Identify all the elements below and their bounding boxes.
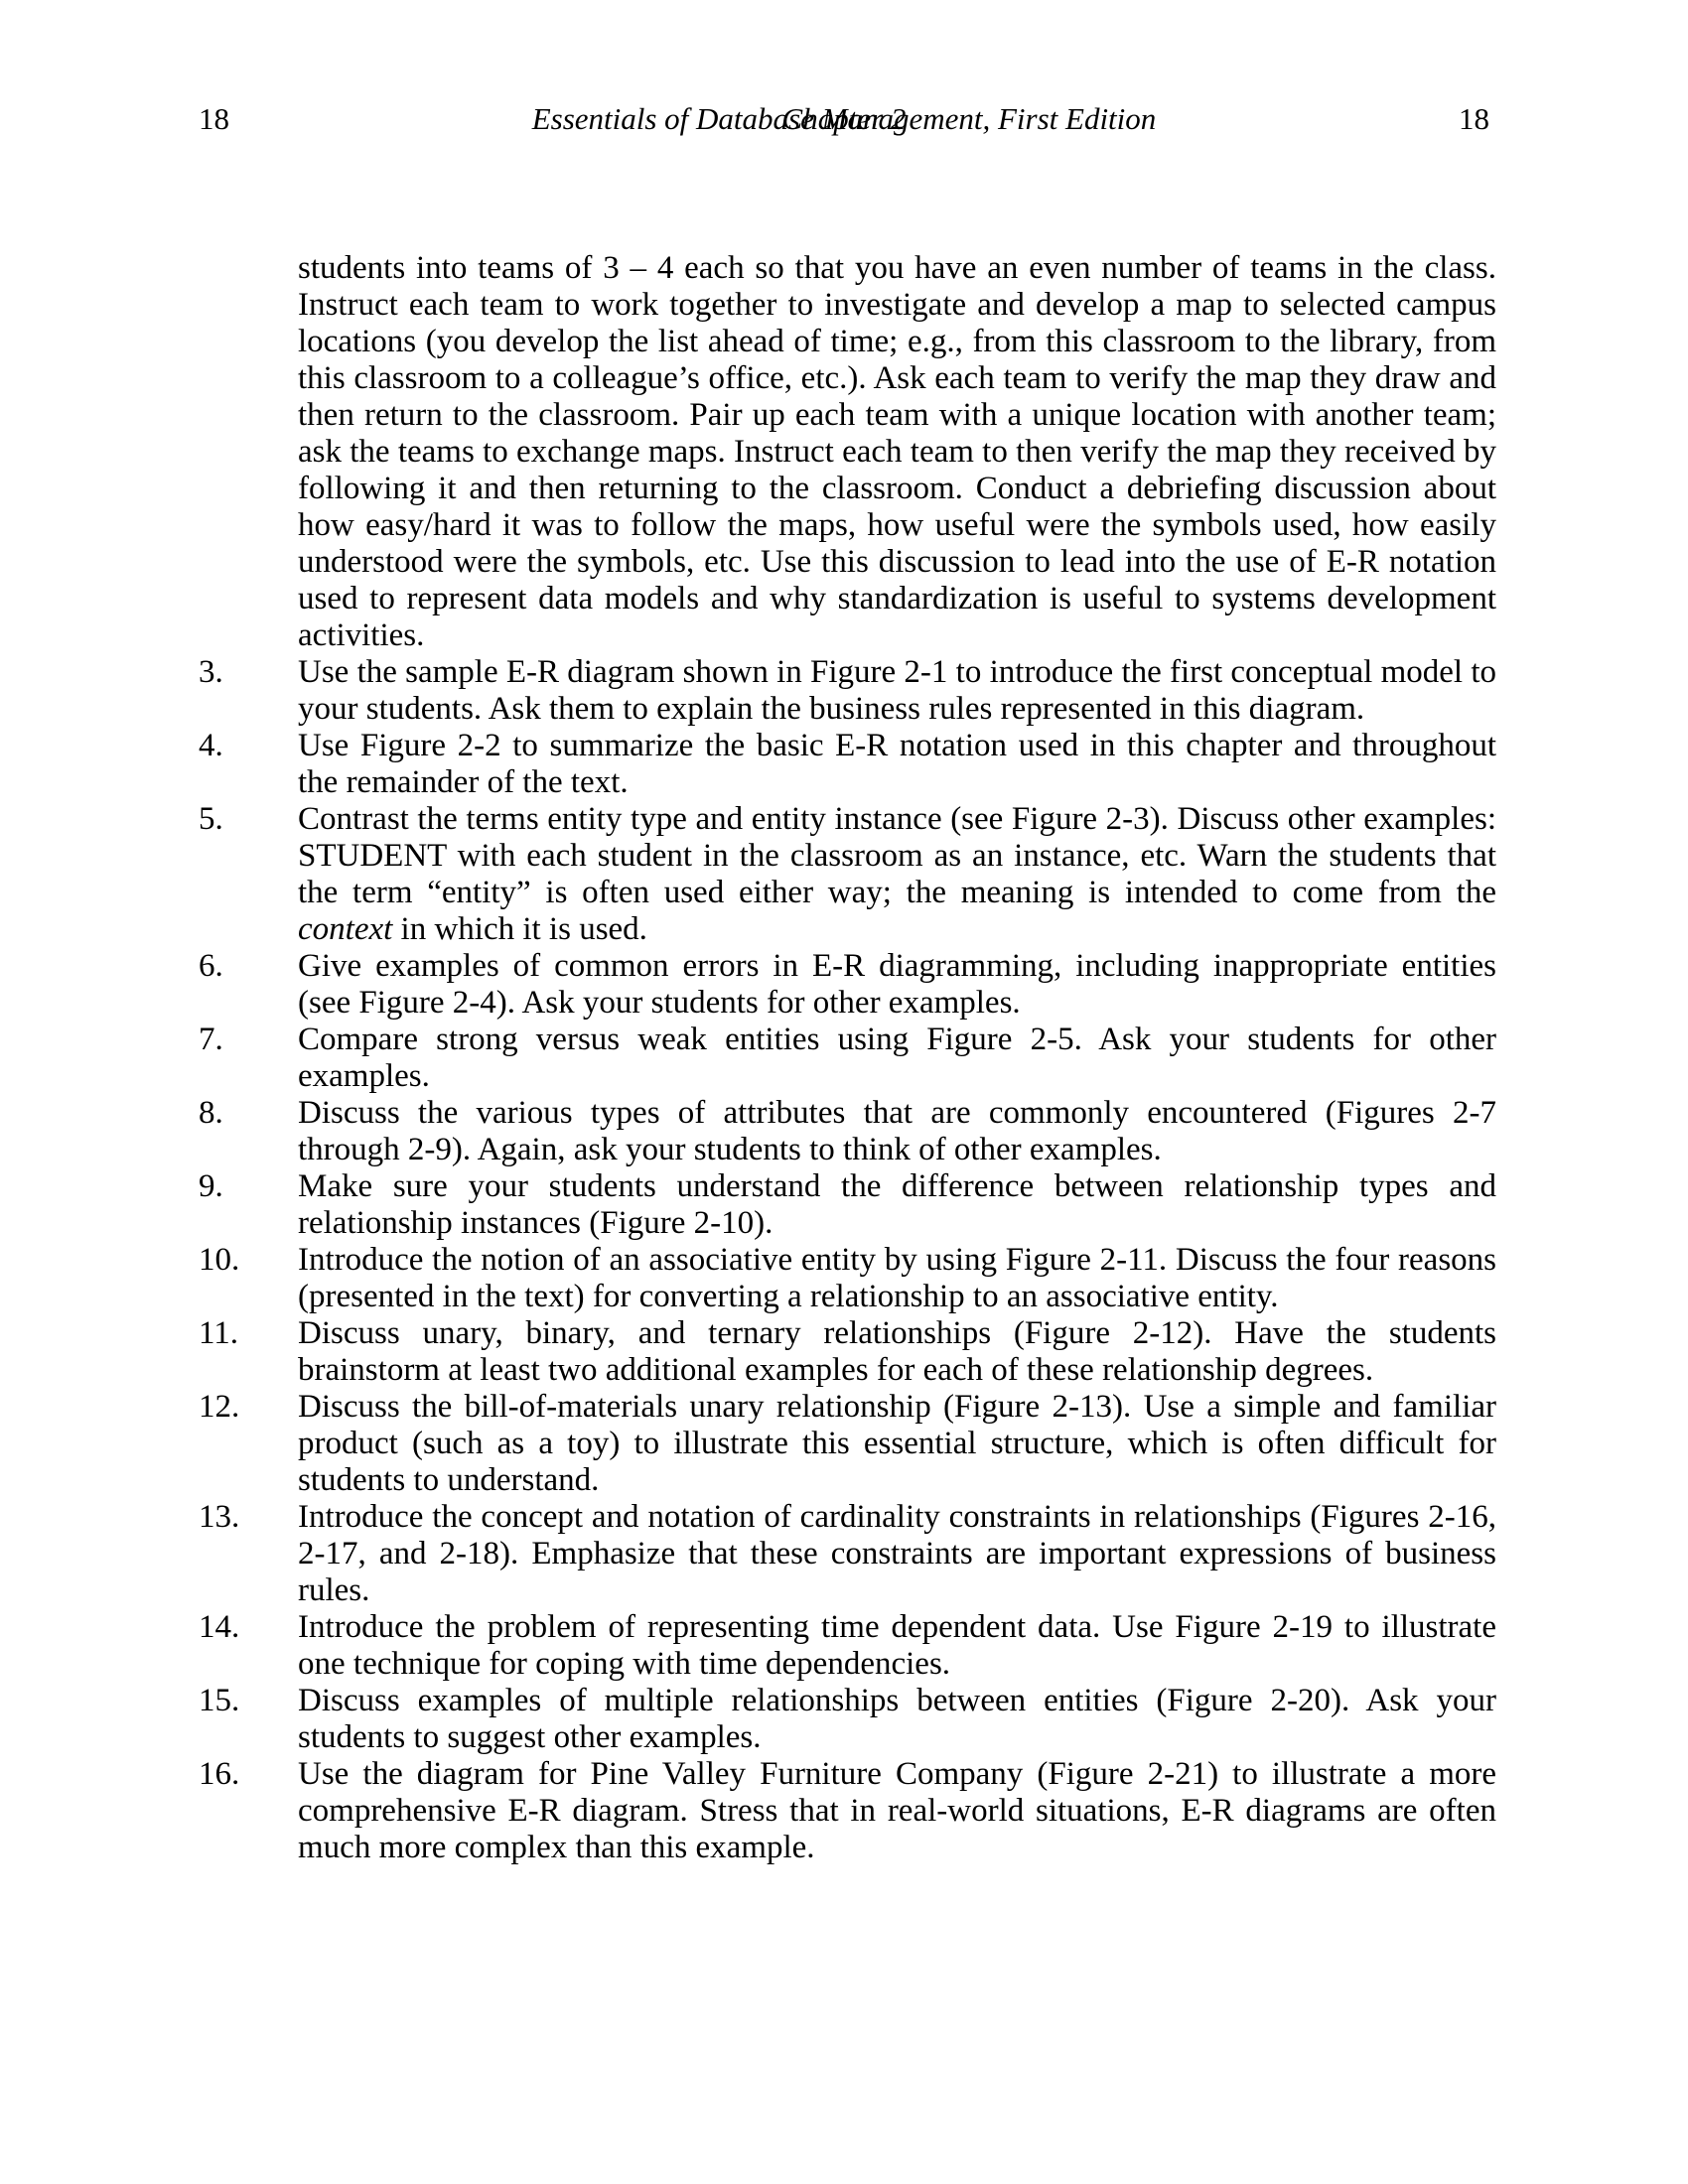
list-item-number: 4. <box>199 728 298 764</box>
list-item-number: 16. <box>199 1756 298 1793</box>
list-item-text: Discuss the bill-of-materials unary rela… <box>298 1389 1496 1499</box>
list-item-text: Use the diagram for Pine Valley Furnitur… <box>298 1756 1496 1866</box>
list-item-number: 3. <box>199 654 298 691</box>
list-item: 8.Discuss the various types of attribute… <box>199 1095 1496 1168</box>
list-item-number: 10. <box>199 1242 298 1279</box>
list-item-text: Use the sample E-R diagram shown in Figu… <box>298 654 1496 728</box>
list-item: 9.Make sure your students understand the… <box>199 1168 1496 1242</box>
list-item-text: Introduce the problem of representing ti… <box>298 1609 1496 1683</box>
list-item-number: 13. <box>199 1499 298 1536</box>
list-item-number: 15. <box>199 1683 298 1719</box>
running-head-chapter-label: Chapter 2 <box>782 100 907 138</box>
list-item-text: Compare strong versus weak entities usin… <box>298 1022 1496 1095</box>
list-item-text: Contrast the terms entity type and entit… <box>298 801 1496 948</box>
list-item-number: 9. <box>199 1168 298 1205</box>
list-item: 4.Use Figure 2-2 to summarize the basic … <box>199 728 1496 801</box>
list-item: 15.Discuss examples of multiple relation… <box>199 1683 1496 1756</box>
list-item-text: Give examples of common errors in E-R di… <box>298 948 1496 1022</box>
teaching-suggestions-list: students into teams of 3 – 4 each so tha… <box>199 250 1496 1866</box>
list-item: 16.Use the diagram for Pine Valley Furni… <box>199 1756 1496 1866</box>
list-item-number: 6. <box>199 948 298 985</box>
list-item-text: Discuss the various types of attributes … <box>298 1095 1496 1168</box>
list-item-number: 5. <box>199 801 298 838</box>
list-item-text: Make sure your students understand the d… <box>298 1168 1496 1242</box>
list-item-text: Use Figure 2-2 to summarize the basic E-… <box>298 728 1496 801</box>
page-header: 18 Essentials of Database Management, Fi… <box>199 100 1489 142</box>
list-item: 5.Contrast the terms entity type and ent… <box>199 801 1496 948</box>
list-item-number: 8. <box>199 1095 298 1132</box>
list-item: 12.Discuss the bill-of-materials unary r… <box>199 1389 1496 1499</box>
list-item: 14.Introduce the problem of representing… <box>199 1609 1496 1683</box>
list-item: 11.Discuss unary, binary, and ternary re… <box>199 1315 1496 1389</box>
list-item-number: 11. <box>199 1315 298 1352</box>
list-item-number: 14. <box>199 1609 298 1646</box>
list-item-text: Discuss unary, binary, and ternary relat… <box>298 1315 1496 1389</box>
list-item-text: Introduce the concept and notation of ca… <box>298 1499 1496 1609</box>
list-item: 6.Give examples of common errors in E-R … <box>199 948 1496 1022</box>
page-number-left: 18 <box>199 100 229 138</box>
document-page: 18 Essentials of Database Management, Fi… <box>0 0 1688 2184</box>
list-item-text: Discuss examples of multiple relationshi… <box>298 1683 1496 1756</box>
list-item: 13.Introduce the concept and notation of… <box>199 1499 1496 1609</box>
list-item-text: Introduce the notion of an associative e… <box>298 1242 1496 1315</box>
list-item-number: 12. <box>199 1389 298 1426</box>
numbered-items: 3.Use the sample E-R diagram shown in Fi… <box>199 654 1496 1866</box>
list-item-number: 7. <box>199 1022 298 1058</box>
running-head: Essentials of Database Management, First… <box>532 100 1157 138</box>
page-number-right: 18 <box>1459 100 1489 138</box>
list-item: 10.Introduce the notion of an associativ… <box>199 1242 1496 1315</box>
list-item: 3.Use the sample E-R diagram shown in Fi… <box>199 654 1496 728</box>
list-item: 7.Compare strong versus weak entities us… <box>199 1022 1496 1095</box>
intro-paragraph: students into teams of 3 – 4 each so tha… <box>298 250 1496 654</box>
